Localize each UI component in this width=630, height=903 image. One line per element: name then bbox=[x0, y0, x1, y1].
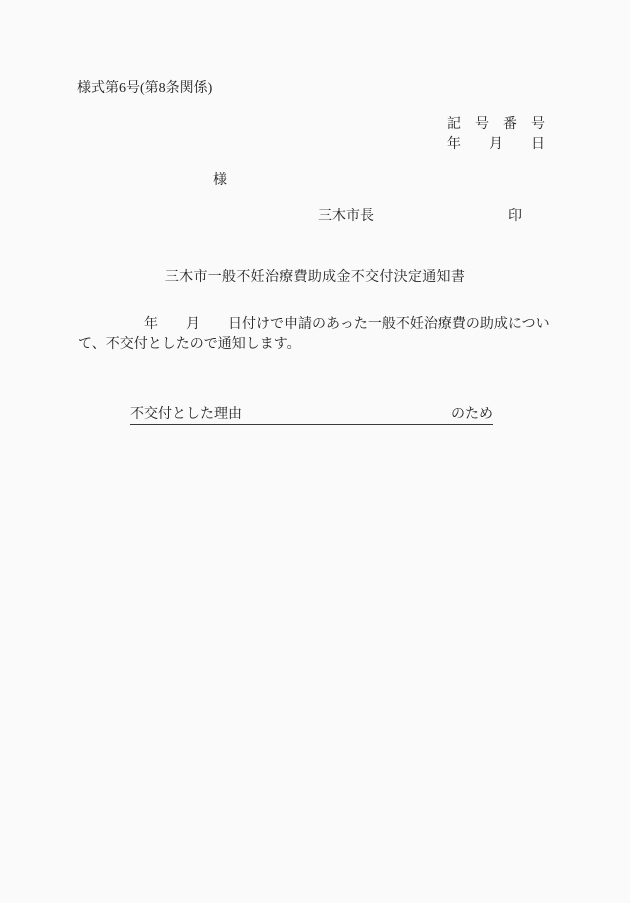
reference-number-label: 記 号 番 号 bbox=[447, 117, 545, 133]
reason-label: 不交付とした理由 bbox=[130, 407, 242, 423]
reason-underline-field: 不交付とした理由 のため bbox=[130, 407, 493, 425]
document-title: 三木市一般不妊治療費助成金不交付決定通知書 bbox=[0, 270, 630, 286]
form-number: 様式第6号(第8条関係) bbox=[77, 81, 212, 97]
sender-line: 三木市長 印 bbox=[318, 209, 534, 273]
sender-name: 三木市長 bbox=[318, 209, 374, 225]
date-blank-line: 年 月 日 bbox=[447, 137, 545, 153]
addressee-suffix: 様 bbox=[213, 173, 227, 189]
reason-suffix: のため bbox=[451, 407, 493, 423]
body-paragraph-line-2: て、不交付としたので通知します。 bbox=[78, 337, 301, 353]
seal-mark: 印 bbox=[508, 209, 522, 225]
body-paragraph-line-1: 年 月 日付けで申請のあった一般不妊治療費の助成につい bbox=[74, 317, 550, 333]
document-page: 様式第6号(第8条関係) 記 号 番 号 年 月 日 様 三木市長 印 三木市一… bbox=[0, 0, 630, 903]
